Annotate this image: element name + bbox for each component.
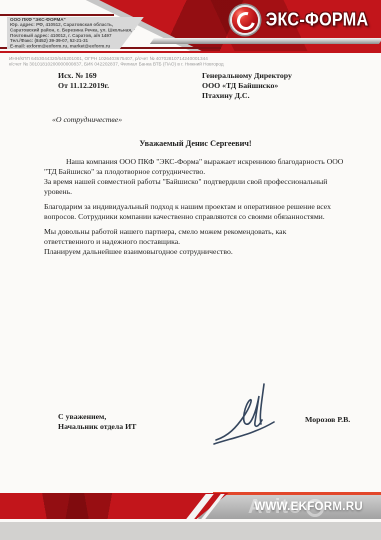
exform-sphere-icon bbox=[232, 7, 258, 33]
footer-red-top-line bbox=[213, 492, 381, 495]
avito-watermark: Avito bbox=[248, 496, 324, 519]
closing-position: Начальник отдела ИТ bbox=[58, 422, 136, 432]
addressee-block: Генеральному Директору ООО «ТД Байшиско»… bbox=[202, 71, 292, 101]
addressee-company: ООО «ТД Байшиско» bbox=[202, 81, 292, 91]
scanned-letter-page: ООО ПКФ "ЭКС-ФОРМА" Юр. адрес: РФ, 41051… bbox=[0, 0, 381, 540]
signer-name: Морозов Р.В. bbox=[305, 415, 350, 424]
handwritten-signature bbox=[210, 378, 290, 458]
addressee-person: Птахину Д.С. bbox=[202, 91, 292, 101]
closing-regards: С уважением, bbox=[58, 412, 136, 422]
scan-edge bbox=[0, 522, 381, 540]
watermark-text: Avito bbox=[248, 496, 302, 519]
paragraph-2: За время нашей совместной работы "Байшис… bbox=[44, 177, 347, 197]
company-info-block: ООО ПКФ "ЭКС-ФОРМА" Юр. адрес: РФ, 41051… bbox=[7, 17, 148, 49]
addressee-title: Генеральному Директору bbox=[202, 71, 292, 81]
paragraph-1: Наша компания ООО ПКФ "ЭКС-Форма" выража… bbox=[44, 157, 347, 177]
letterhead-banner: ООО ПКФ "ЭКС-ФОРМА" Юр. адрес: РФ, 41051… bbox=[0, 0, 381, 56]
header-maroon-line-top bbox=[0, 14, 114, 16]
watermark-ring-icon bbox=[306, 499, 324, 517]
letter-body: Наша компания ООО ПКФ "ЭКС-Форма" выража… bbox=[44, 157, 347, 257]
letter-date: От 11.12.2019г. bbox=[58, 81, 109, 91]
subject-line: «О сотрудничестве» bbox=[52, 115, 122, 124]
logo-text: ЭКС-ФОРМА bbox=[266, 9, 369, 31]
closing-block: С уважением, Начальник отдела ИТ bbox=[58, 412, 136, 432]
bank-requisites: ИНН/КПП 6453044320/645201001, ОГРН 10264… bbox=[9, 57, 224, 68]
company-info-text: ООО ПКФ "ЭКС-ФОРМА" Юр. адрес: РФ, 41051… bbox=[7, 17, 148, 49]
outgoing-number: Исх. № 169 bbox=[58, 71, 109, 81]
header-red-line-bottom bbox=[0, 51, 381, 54]
company-logo: ЭКС-ФОРМА bbox=[232, 7, 371, 33]
header-silver-stripe bbox=[150, 38, 381, 44]
requisites-line-2: к/счет № 30101810200000000837, БИК 04220… bbox=[9, 62, 224, 67]
paragraph-5: Планируем дальнейшее взаимовыгодное сотр… bbox=[44, 247, 347, 257]
paragraph-4: Мы довольны работой нашего партнера, сме… bbox=[44, 227, 320, 247]
paragraph-3: Благодарим за индивидуальный подход к на… bbox=[44, 202, 347, 222]
salutation: Уважаемый Денис Сергеевич! bbox=[44, 139, 347, 148]
reference-block: Исх. № 169 От 11.12.2019г. bbox=[58, 71, 109, 91]
